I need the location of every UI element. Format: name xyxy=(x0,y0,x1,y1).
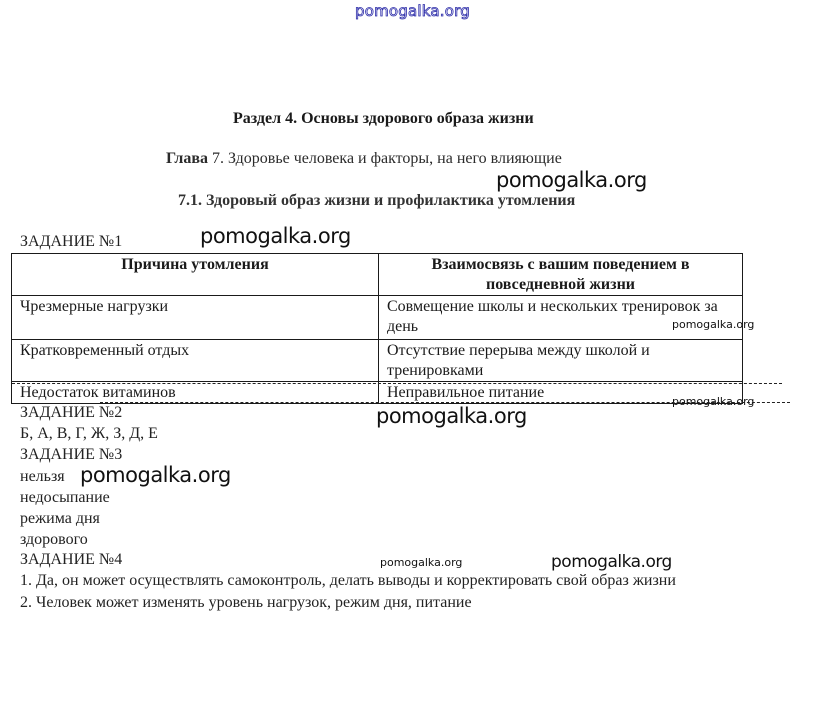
task4-answer: 1. Да, он может осуществлять самоконтрол… xyxy=(20,572,676,590)
scan-artifact-line xyxy=(100,402,790,403)
task3-answer: режима дня xyxy=(20,510,100,528)
chapter-title: Глава 7. Здоровье человека и факторы, на… xyxy=(166,150,562,168)
watermark: pomogalka.org xyxy=(496,168,647,192)
watermark: pomogalka.org xyxy=(80,463,231,487)
table-header-cause: Причина утомления xyxy=(12,254,379,296)
table-cell-cause: Кратковременный отдых xyxy=(12,340,379,382)
watermark: pomogalka.org xyxy=(200,224,351,248)
table-cell-cause: Чрезмерные нагрузки xyxy=(12,296,379,340)
task3-answer: здорового xyxy=(20,531,88,549)
task1-title: ЗАДАНИЕ №1 xyxy=(20,233,122,251)
section-title: Раздел 4. Основы здорового образа жизни xyxy=(233,110,534,128)
chapter-name: 7. Здоровье человека и факторы, на него … xyxy=(212,150,562,167)
table-header-relation: Взаимосвязь с вашим поведением в повседн… xyxy=(379,254,743,296)
scan-artifact-line xyxy=(12,383,782,384)
table-row: Чрезмерные нагрузки Совмещение школы и н… xyxy=(12,296,743,340)
chapter-prefix: Глава xyxy=(166,150,208,167)
task2-title: ЗАДАНИЕ №2 xyxy=(20,404,122,422)
table-cell-cause: Недостаток витаминов xyxy=(12,382,379,404)
task4-answer: 2. Человек может изменять уровень нагруз… xyxy=(20,594,472,612)
task3-answer: недосыпание xyxy=(20,489,110,507)
task3-title: ЗАДАНИЕ №3 xyxy=(20,446,122,464)
fatigue-table: Причина утомления Взаимосвязь с вашим по… xyxy=(11,253,743,404)
table-header-row: Причина утомления Взаимосвязь с вашим по… xyxy=(12,254,743,296)
watermark-top: pomogalka.org xyxy=(355,2,470,20)
table-row: Кратковременный отдых Отсутствие перерыв… xyxy=(12,340,743,382)
table-row: Недостаток витаминов Неправильное питани… xyxy=(12,382,743,404)
table-cell-relation: Отсутствие перерыва между школой и трени… xyxy=(379,340,743,382)
watermark: pomogalka.org xyxy=(551,552,672,572)
watermark: pomogalka.org xyxy=(376,404,527,428)
table-cell-relation: Совмещение школы и нескольких тренировок… xyxy=(379,296,743,340)
paragraph-title: 7.1. Здоровый образ жизни и профилактика… xyxy=(178,192,575,210)
table-cell-relation: Неправильное питание xyxy=(379,382,743,404)
watermark: pomogalka.org xyxy=(380,556,462,569)
task3-answer: нельзя xyxy=(20,468,65,486)
task4-title: ЗАДАНИЕ №4 xyxy=(20,551,122,569)
task2-answer: Б, А, В, Г, Ж, З, Д, Е xyxy=(20,425,158,443)
